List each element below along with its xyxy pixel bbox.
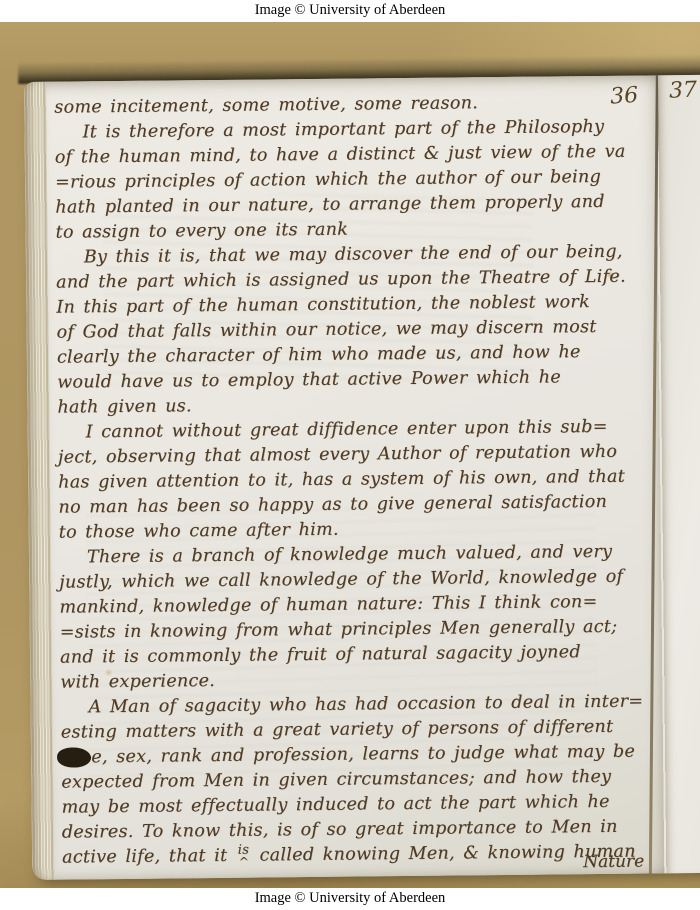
page-number-right: 37: [669, 77, 698, 103]
open-book: 36 some incitement, some motive, some re…: [24, 75, 700, 880]
photo-area: 36 some incitement, some motive, some re…: [0, 22, 700, 888]
line-segment: called knowing Men, & knowing human: [251, 842, 636, 866]
manuscript-page-left: 36 some incitement, some motive, some re…: [46, 75, 664, 879]
scanned-manuscript-viewer: Image © University of Aberdeen 36 some i…: [0, 0, 700, 910]
copyright-caption-top: Image © University of Aberdeen: [0, 0, 700, 22]
manuscript-line: active life, that it is called knowing M…: [62, 839, 660, 870]
manuscript-text: some incitement, some motive, some reaso…: [54, 89, 660, 870]
ink-blot: ag: [57, 747, 91, 767]
line-segment: e, sex, rank and profession, learns to j…: [91, 742, 635, 768]
catchword: Nature: [583, 852, 644, 873]
line-segment: active life, that it: [62, 846, 236, 868]
manuscript-page-right: 37: [658, 75, 700, 874]
copyright-caption-bottom: Image © University of Aberdeen: [0, 888, 700, 910]
inserted-word: is: [238, 838, 250, 863]
